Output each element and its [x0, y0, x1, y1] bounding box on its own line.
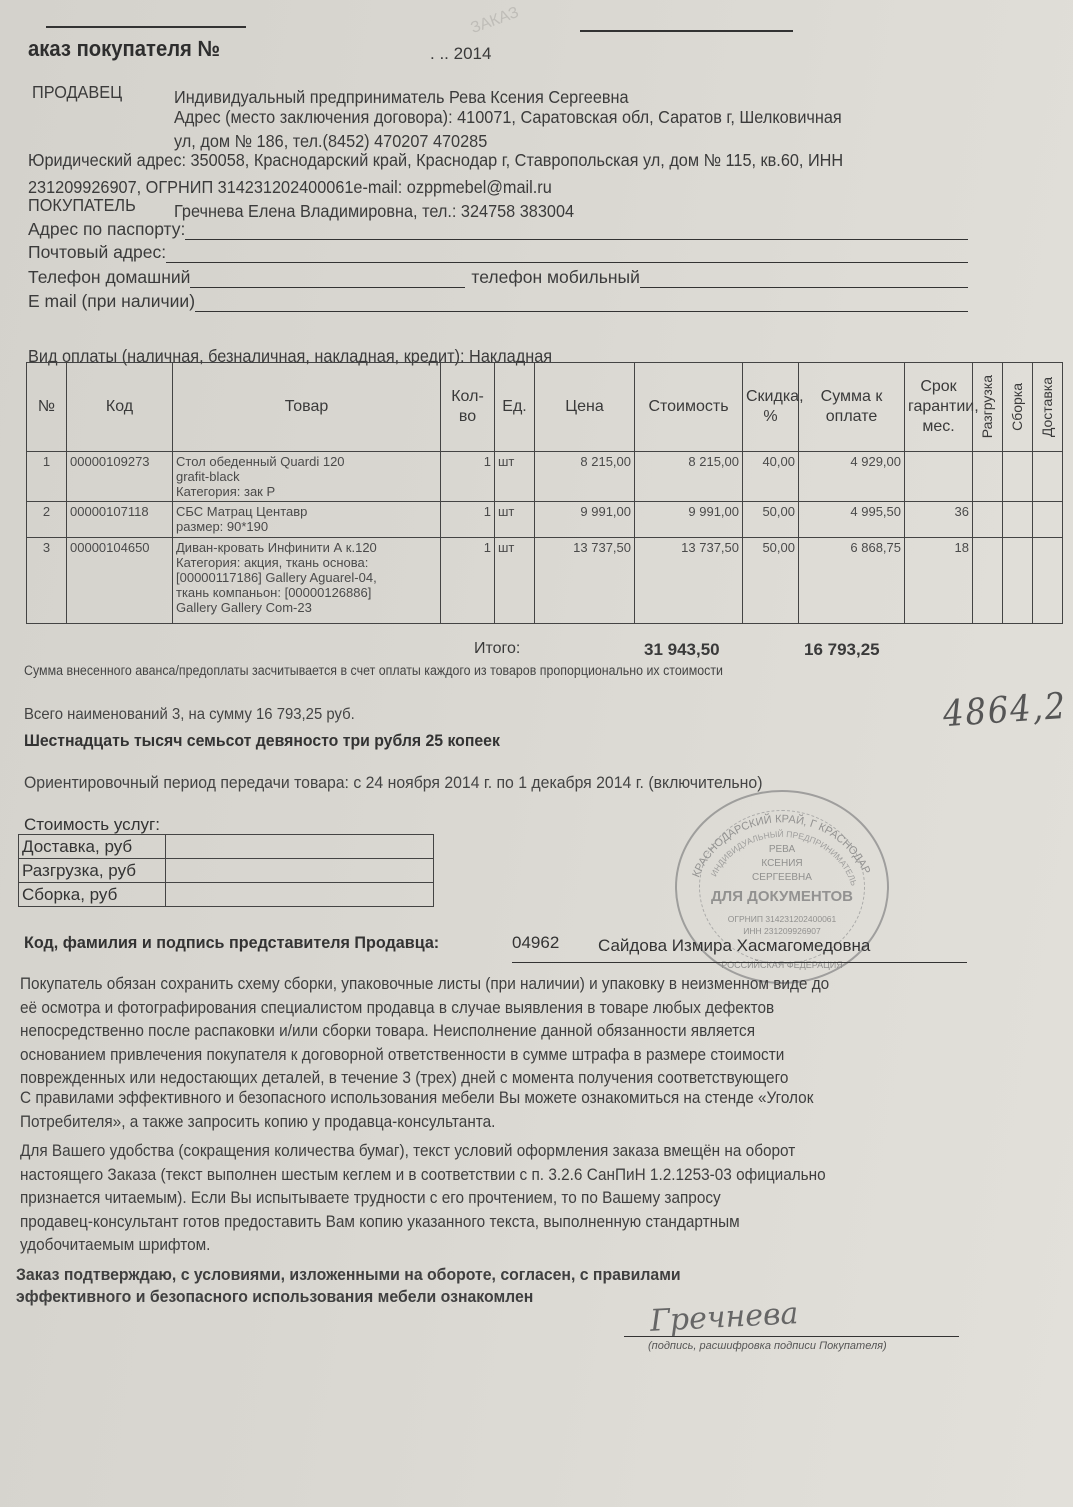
confirmation-line2: эффективного и безопасного использования…	[16, 1286, 681, 1308]
items-table: № Код Товар Кол-во Ед. Цена Стоимость Ск…	[26, 362, 1063, 624]
seller-legal-line1: Юридический адрес: 350058, Краснодарский…	[28, 150, 843, 171]
cell-delivery	[1033, 452, 1063, 502]
seller-label: ПРОДАВЕЦ	[32, 82, 122, 103]
service-label: Разгрузка, руб	[19, 859, 166, 883]
cell-assembly	[1003, 452, 1033, 502]
terms-paragraph-3: Для Вашего удобства (сокращения количест…	[20, 1140, 826, 1258]
passport-address-input[interactable]	[185, 225, 968, 240]
mobile-phone-input[interactable]	[640, 273, 968, 288]
prepayment-note: Сумма внесенного аванса/предоплаты засчи…	[24, 663, 723, 678]
col-product: Товар	[173, 363, 441, 452]
col-cost: Стоимость	[635, 363, 743, 452]
service-label: Доставка, руб	[19, 835, 166, 859]
service-value-input[interactable]	[166, 835, 434, 859]
totals-label: Итого:	[474, 640, 520, 658]
cell-unloading	[973, 502, 1003, 538]
representative-label: Код, фамилия и подпись представителя Про…	[24, 933, 439, 953]
col-price: Цена	[535, 363, 635, 452]
seller-name: Индивидуальный предприниматель Рева Ксен…	[174, 87, 629, 108]
cell-discount: 50,00	[743, 538, 799, 624]
email-field[interactable]: E mail (при наличии)	[28, 291, 968, 312]
confirmation-line1: Заказ подтверждаю, с условиями, изложенн…	[16, 1264, 681, 1286]
cell-product: СБС Матрац Центавр размер: 90*190	[173, 502, 441, 538]
totals-cost: 31 943,50	[644, 640, 720, 660]
passport-address-field[interactable]: Адрес по паспорту:	[28, 219, 968, 240]
cell-discount: 40,00	[743, 452, 799, 502]
cell-code: 00000109273	[67, 452, 173, 502]
email-input[interactable]	[195, 297, 968, 312]
amount-in-words: Шестнадцать тысяч семьсот девяносто три …	[24, 731, 500, 751]
cell-qty: 1	[441, 452, 495, 502]
totals-to-pay: 16 793,25	[804, 640, 880, 660]
cell-code: 00000107118	[67, 502, 173, 538]
cell-price: 8 215,00	[535, 452, 635, 502]
passport-address-label: Адрес по паспорту:	[28, 219, 185, 240]
document-title: аказ покупателя №	[28, 36, 220, 62]
service-value-input[interactable]	[166, 859, 434, 883]
cell-warranty: 18	[905, 538, 973, 624]
cell-unit: шт	[495, 452, 535, 502]
cell-unit: шт	[495, 538, 535, 624]
cell-product: Стол обеденный Quardi 120 grafit-black К…	[173, 452, 441, 502]
col-assembly: Сборка	[1003, 363, 1033, 452]
table-header-row: № Код Товар Кол-во Ед. Цена Стоимость Ск…	[27, 363, 1063, 452]
col-unloading-label: Разгрузка	[979, 375, 997, 438]
stamp-ogrnip: ОГРНИП 314231202400061	[677, 914, 887, 924]
cell-qty: 1	[441, 502, 495, 538]
terms-line: непосредственно после распаковки и/или с…	[20, 1020, 829, 1044]
stamp-line2: КСЕНИЯ	[677, 858, 887, 869]
stamp-inn: ИНН 231209926907	[677, 926, 887, 936]
terms-paragraph-1: Покупатель обязан сохранить схему сборки…	[20, 973, 829, 1091]
terms-paragraph-2: С правилами эффективного и безопасного и…	[20, 1087, 813, 1134]
services-row: Доставка, руб	[19, 835, 434, 859]
home-phone-label: Телефон домашний	[28, 267, 190, 288]
services-row: Сборка, руб	[19, 883, 434, 907]
phones-field[interactable]: Телефон домашний телефон мобильный	[28, 267, 968, 288]
cell-cost: 9 991,00	[635, 502, 743, 538]
document-date: . .. 2014	[430, 44, 491, 64]
stamp-main: ДЛЯ ДОКУМЕНТОВ	[677, 888, 887, 905]
postal-address-field[interactable]: Почтовый адрес:	[28, 242, 968, 263]
faint-stamp-mark: ЗАКАЗ	[468, 4, 521, 38]
col-discount: Скидка, %	[743, 363, 799, 452]
representative-code: 04962	[512, 933, 559, 953]
terms-line: основанием привлечения покупателя к дого…	[20, 1044, 829, 1068]
terms-line: настоящего Заказа (текст выполнен шестым…	[20, 1164, 826, 1188]
col-qty: Кол-во	[441, 363, 495, 452]
cell-delivery	[1033, 538, 1063, 624]
email-label: E mail (при наличии)	[28, 291, 195, 312]
col-delivery: Доставка	[1033, 363, 1063, 452]
cell-product: Диван-кровать Инфинити А к.120 Категория…	[173, 538, 441, 624]
terms-line: Потребителя», а также запросить копию у …	[20, 1111, 813, 1135]
cell-to-pay: 4 995,50	[799, 502, 905, 538]
services-table: Доставка, руб Разгрузка, руб Сборка, руб	[18, 834, 434, 907]
cell-no: 2	[27, 502, 67, 538]
cell-unloading	[973, 452, 1003, 502]
cell-warranty: 36	[905, 502, 973, 538]
stamp-line3: СЕРГЕЕВНА	[677, 872, 887, 883]
terms-line: её осмотра и фотографирования специалист…	[20, 997, 829, 1021]
terms-line: удобочитаемым шрифтом.	[20, 1234, 826, 1258]
buyer-signature: Гречнева	[649, 1296, 799, 1339]
buyer-signature-line[interactable]	[624, 1336, 959, 1337]
terms-line: продавец-консультант готов предоставить …	[20, 1211, 826, 1235]
cell-warranty	[905, 452, 973, 502]
cell-no: 1	[27, 452, 67, 502]
cell-no: 3	[27, 538, 67, 624]
terms-line: С правилами эффективного и безопасного и…	[20, 1087, 813, 1111]
col-to-pay: Сумма к оплате	[799, 363, 905, 452]
cell-to-pay: 4 929,00	[799, 452, 905, 502]
cell-code: 00000104650	[67, 538, 173, 624]
col-warranty: Срок гарантии, мес.	[905, 363, 973, 452]
cell-qty: 1	[441, 538, 495, 624]
representative-signature-line	[512, 962, 967, 963]
table-row: 1 00000109273 Стол обеденный Quardi 120 …	[27, 452, 1063, 502]
buyer-label: ПОКУПАТЕЛЬ	[28, 195, 136, 216]
table-row: 2 00000107118 СБС Матрац Центавр размер:…	[27, 502, 1063, 538]
terms-line: Для Вашего удобства (сокращения количест…	[20, 1140, 826, 1164]
cell-price: 9 991,00	[535, 502, 635, 538]
terms-line: Покупатель обязан сохранить схему сборки…	[20, 973, 829, 997]
terms-line: признается читаемым). Если Вы испытывает…	[20, 1187, 826, 1211]
postal-address-label: Почтовый адрес:	[28, 242, 166, 263]
col-no: №	[27, 363, 67, 452]
postal-address-input[interactable]	[166, 248, 968, 263]
col-unit: Ед.	[495, 363, 535, 452]
cell-delivery	[1033, 502, 1063, 538]
cell-assembly	[1003, 538, 1033, 624]
cell-unloading	[973, 538, 1003, 624]
services-title: Стоимость услуг:	[24, 815, 160, 835]
table-row: 3 00000104650 Диван-кровать Инфинити А к…	[27, 538, 1063, 624]
cell-unit: шт	[495, 502, 535, 538]
confirmation-text: Заказ подтверждаю, с условиями, изложенн…	[16, 1264, 681, 1308]
representative-name: Сайдова Измира Хасмагомедовна	[598, 936, 870, 956]
header-rule-right	[580, 30, 793, 32]
header-rule-left	[46, 26, 246, 28]
mobile-phone-label: телефон мобильный	[471, 267, 639, 288]
stamp-line1: РЕВА	[677, 844, 887, 855]
seller-address-line1: Адрес (место заключения договора): 41007…	[174, 107, 842, 128]
cell-cost: 13 737,50	[635, 538, 743, 624]
delivery-period: Ориентировочный период передачи товара: …	[24, 773, 762, 793]
col-assembly-label: Сборка	[1009, 383, 1027, 431]
service-value-input[interactable]	[166, 883, 434, 907]
signature-caption: (подпись, расшифровка подписи Покупателя…	[648, 1340, 887, 1352]
services-row: Разгрузка, руб	[19, 859, 434, 883]
home-phone-input[interactable]	[190, 273, 465, 288]
col-code: Код	[67, 363, 173, 452]
cell-assembly	[1003, 502, 1033, 538]
items-count-summary: Всего наименований 3, на сумму 16 793,25…	[24, 706, 355, 724]
cell-discount: 50,00	[743, 502, 799, 538]
cell-cost: 8 215,00	[635, 452, 743, 502]
service-label: Сборка, руб	[19, 883, 166, 907]
cell-price: 13 737,50	[535, 538, 635, 624]
handwritten-number: 4864,2	[942, 686, 1069, 736]
col-delivery-label: Доставка	[1039, 377, 1057, 437]
seller-address-line2: ул, дом № 186, тел.(8452) 470207 470285	[174, 131, 487, 152]
cell-to-pay: 6 868,75	[799, 538, 905, 624]
